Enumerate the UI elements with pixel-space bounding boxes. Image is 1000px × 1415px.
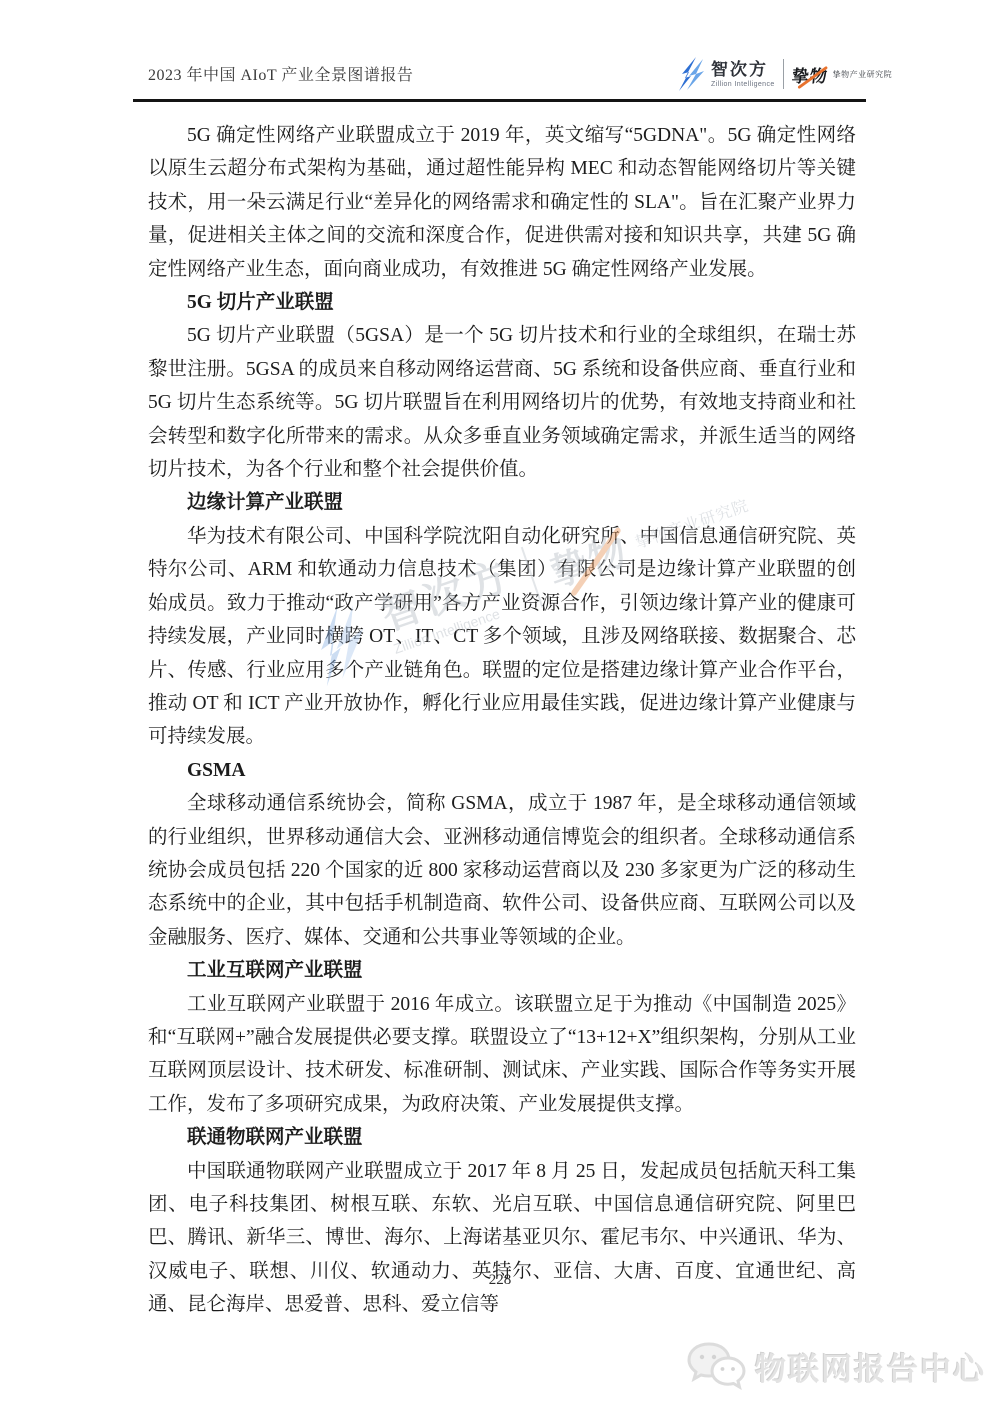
section-heading: GSMA bbox=[148, 754, 856, 787]
section-heading: 联通物联网产业联盟 bbox=[148, 1121, 856, 1154]
document-page: 2023 年中国 AIoT 产业全景图谱报告 智次方 Zillion Intel… bbox=[0, 0, 1000, 1415]
section-heading: 边缘计算产业联盟 bbox=[148, 486, 856, 519]
zillion-logo-name: 智次方 bbox=[711, 61, 775, 78]
page-title: 2023 年中国 AIoT 产业全景图谱报告 bbox=[148, 62, 413, 85]
zhiwu-logo-sub: 挚物产业研究院 bbox=[833, 69, 893, 80]
header-rule bbox=[133, 99, 866, 102]
zhiwu-logo-mark: 挚物 bbox=[790, 62, 829, 87]
body-paragraph: 全球移动通信系统协会，简称 GSMA，成立于 1987 年，是全球移动通信领域的… bbox=[148, 787, 856, 954]
zillion-logo: 智次方 Zillion Intelligence bbox=[676, 56, 775, 92]
zillion-logo-sub: Zillion Intelligence bbox=[711, 81, 775, 88]
footer-brand: 物联网报告中心 bbox=[685, 1340, 986, 1392]
footer-brand-text: 物联网报告中心 bbox=[755, 1344, 986, 1389]
body-paragraph: 中国联通物联网产业联盟成立于 2017 年 8 月 25 日，发起成员包括航天科… bbox=[148, 1155, 856, 1322]
logo-divider bbox=[783, 59, 784, 89]
body-paragraph: 华为技术有限公司、中国科学院沈阳自动化研究所、中国信息通信研究院、英特尔公司、A… bbox=[148, 520, 856, 754]
section-heading: 工业互联网产业联盟 bbox=[148, 954, 856, 987]
wechat-icon bbox=[685, 1340, 747, 1392]
body-paragraph: 5G 确定性网络产业联盟成立于 2019 年，英文缩写“5GDNA"。5G 确定… bbox=[148, 119, 856, 286]
body-paragraph: 5G 切片产业联盟（5GSA）是一个 5G 切片技术和行业的全球组织，在瑞士苏黎… bbox=[148, 319, 856, 486]
body-paragraph: 工业互联网产业联盟于 2016 年成立。该联盟立足于为推动《中国制造 2025》… bbox=[148, 988, 856, 1122]
zillion-z-icon bbox=[676, 56, 706, 92]
header-logos: 智次方 Zillion Intelligence 挚物 挚物产业研究院 bbox=[676, 56, 892, 92]
document-body: 5G 确定性网络产业联盟成立于 2019 年，英文缩写“5GDNA"。5G 确定… bbox=[148, 119, 856, 1322]
page-number: 228 bbox=[0, 1272, 1000, 1289]
section-heading: 5G 切片产业联盟 bbox=[148, 286, 856, 319]
zhiwu-logo: 挚物 挚物产业研究院 bbox=[792, 62, 893, 87]
